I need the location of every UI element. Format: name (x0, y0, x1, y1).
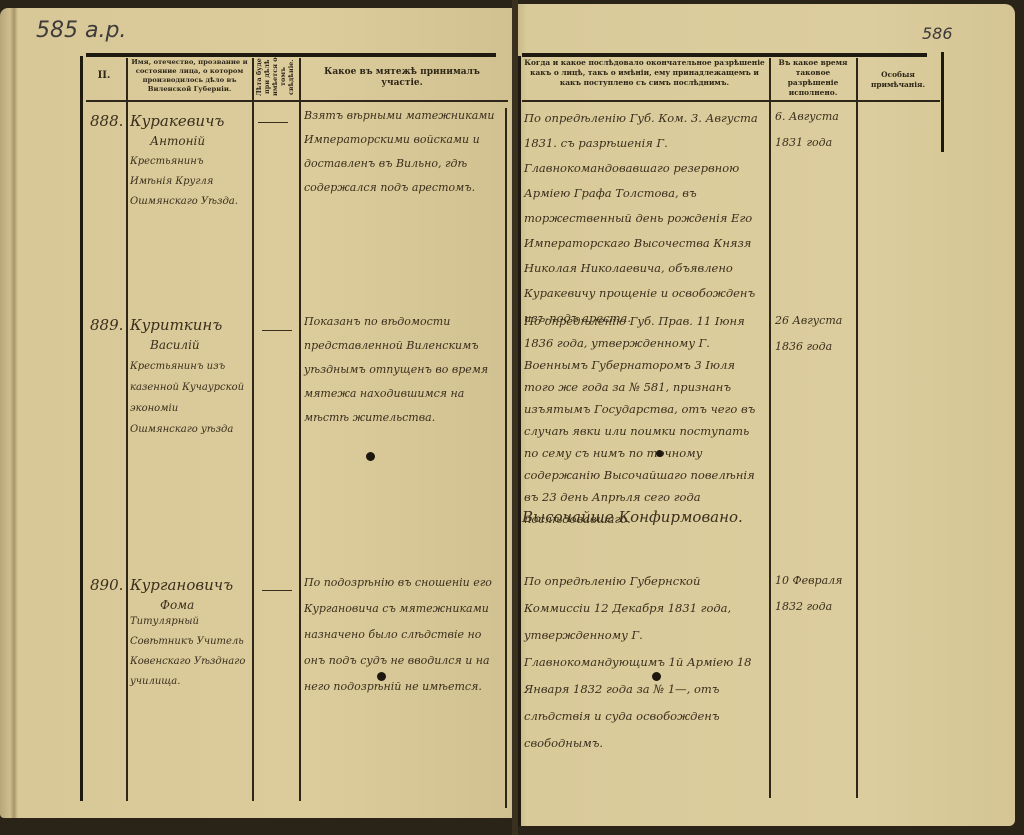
row-given-name: Фома (160, 598, 194, 612)
row-surname: Куракевичъ (130, 112, 224, 130)
col-divider (299, 58, 301, 801)
row-participation: Показанъ по вѣдомости представленной Вил… (304, 310, 504, 430)
row-resolution: По опредѣленію Губернской Коммиссіи 12 Д… (524, 568, 766, 757)
row-participation: Взятъ вѣрными матежниками Императорскими… (304, 104, 504, 200)
right-page-border (941, 52, 944, 152)
row-status: Крестьянинъ изъ казенной Кучаурской экон… (130, 356, 248, 440)
header-notes: Особыя примѣчанія. (858, 70, 938, 90)
ink-spot (377, 672, 386, 681)
col-divider (505, 108, 507, 808)
row-surname: Кургановичъ (130, 576, 233, 594)
row-status: Крестьянинъ Имѣнія Кругля Ошмянскаго Уѣз… (130, 152, 248, 212)
ink-spot (366, 452, 375, 461)
row-executed: 26 Августа 1836 года (775, 308, 855, 360)
col-divider (252, 58, 254, 801)
ink-spot (656, 450, 663, 457)
right-page-left-border (518, 56, 521, 826)
left-page-border (80, 56, 83, 801)
folio-left: 585 a.p. (36, 18, 126, 43)
row-participation: По подозрѣнію въ сношеніи его Курганович… (304, 570, 504, 700)
header-name: Имя, отечество, прозвание и состояние ли… (129, 58, 250, 94)
row-number: 890. (90, 576, 123, 594)
row-property-dash (258, 122, 288, 123)
header-top-rule-right (522, 53, 927, 57)
row-given-name: Василій (150, 338, 200, 352)
row-number: 888. (90, 112, 123, 130)
row-property-dash (262, 330, 292, 331)
folio-right: 586 (922, 24, 953, 43)
header-participation: Какое въ мятежѣ принималъ участіе. (302, 67, 502, 90)
row-resolution: По опредѣленію Губ. Прав. 11 Іюня 1836 г… (524, 310, 766, 530)
row-status: Титулярный Совѣтникъ Учитель Ковенскаго … (130, 612, 248, 692)
col-divider (769, 58, 771, 798)
header-executed: Въ какое время таковое разрѣшеніе исполн… (771, 58, 855, 98)
row-executed: 10 Февраля 1832 года (775, 568, 855, 620)
col-divider (126, 58, 128, 801)
row-given-name: Антоній (150, 134, 205, 148)
header-bottom-rule-left (86, 100, 508, 102)
header-resolution: Когда и какое послѣдовало окончательное … (522, 58, 767, 88)
row-number: 889. (90, 316, 123, 334)
row-property-dash (262, 590, 292, 591)
header-property: Лѣта буде при дѣлѣ имѣется о томъ свѣдѣн… (255, 56, 297, 98)
header-number: II. (84, 70, 124, 83)
ink-spot (652, 672, 661, 681)
row-resolution: По опредѣленію Губ. Ком. 3. Августа 1831… (524, 106, 766, 331)
col-divider (856, 58, 858, 798)
row-surname: Куриткинъ (130, 316, 222, 334)
row-resolution-confirmation: Высочайше Конфирмовано. (522, 508, 743, 526)
row-executed: 6. Августа 1831 года (775, 104, 855, 156)
header-bottom-rule-right (522, 100, 940, 102)
